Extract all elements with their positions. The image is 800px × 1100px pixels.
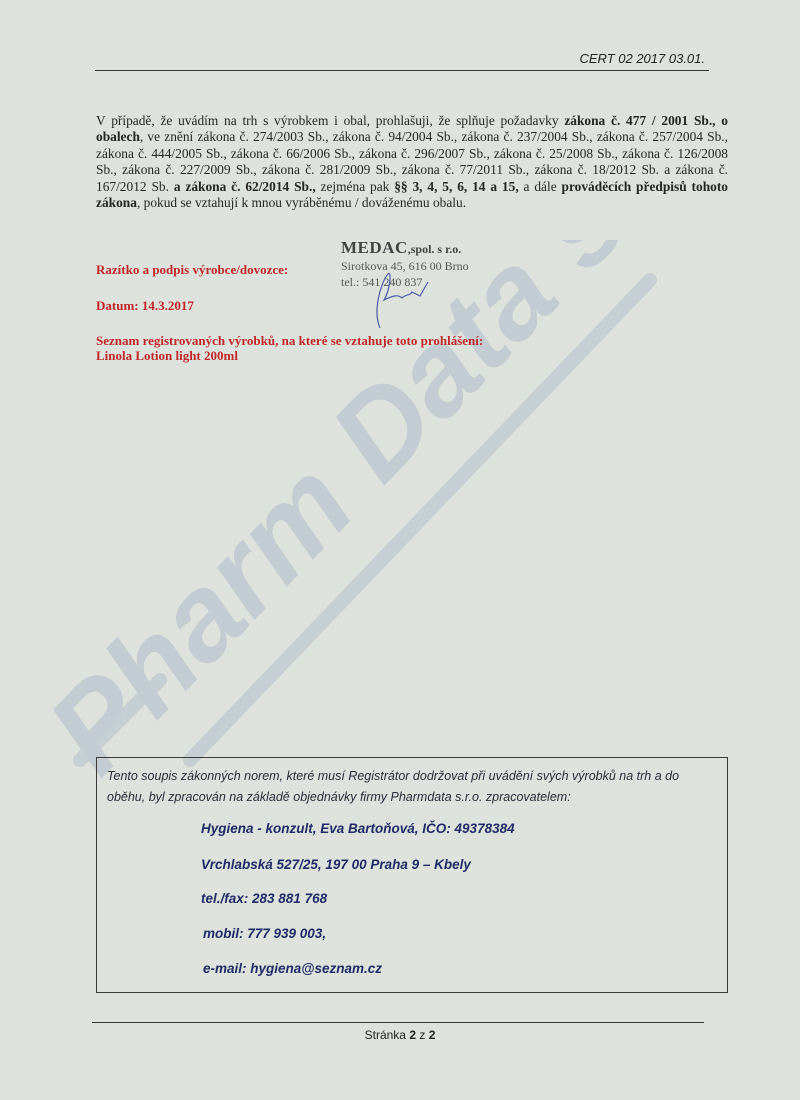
footer-divider — [92, 1022, 704, 1023]
date-label: Datum: 14.3.2017 — [96, 298, 194, 314]
stamp-label: Razítko a podpis výrobce/dovozce: — [96, 262, 288, 278]
products-list: Seznam registrovaných výrobků, na které … — [96, 333, 483, 363]
info-box: Tento soupis zákonných norem, které musí… — [96, 757, 728, 993]
contact-company: Hygiena - konzult, Eva Bartoňová, IČO: 4… — [201, 821, 515, 836]
current-page: 2 — [409, 1028, 416, 1042]
stamp-company-suffix: ,spol. s r.o. — [408, 242, 462, 256]
declaration-paragraph: V případě, že uvádím na trh s výrobkem i… — [96, 113, 728, 211]
contact-phone: tel./fax: 283 881 768 — [201, 891, 327, 906]
stamp-company: MEDAC — [341, 238, 408, 257]
contact-email: e-mail: hygiena@seznam.cz — [203, 961, 382, 976]
signature — [362, 270, 452, 330]
document-reference: CERT 02 2017 03.01. — [579, 51, 705, 66]
page-number: Stránka 2 z 2 — [0, 1028, 800, 1042]
total-pages: 2 — [429, 1028, 436, 1042]
product-item: Linola Lotion light 200ml — [96, 348, 483, 363]
info-intro: Tento soupis zákonných norem, které musí… — [107, 766, 717, 808]
header-divider — [95, 70, 709, 71]
products-title: Seznam registrovaných výrobků, na které … — [96, 333, 483, 348]
contact-address: Vrchlabská 527/25, 197 00 Praha 9 – Kbel… — [201, 857, 471, 872]
contact-mobile: mobil: 777 939 003, — [203, 926, 326, 941]
